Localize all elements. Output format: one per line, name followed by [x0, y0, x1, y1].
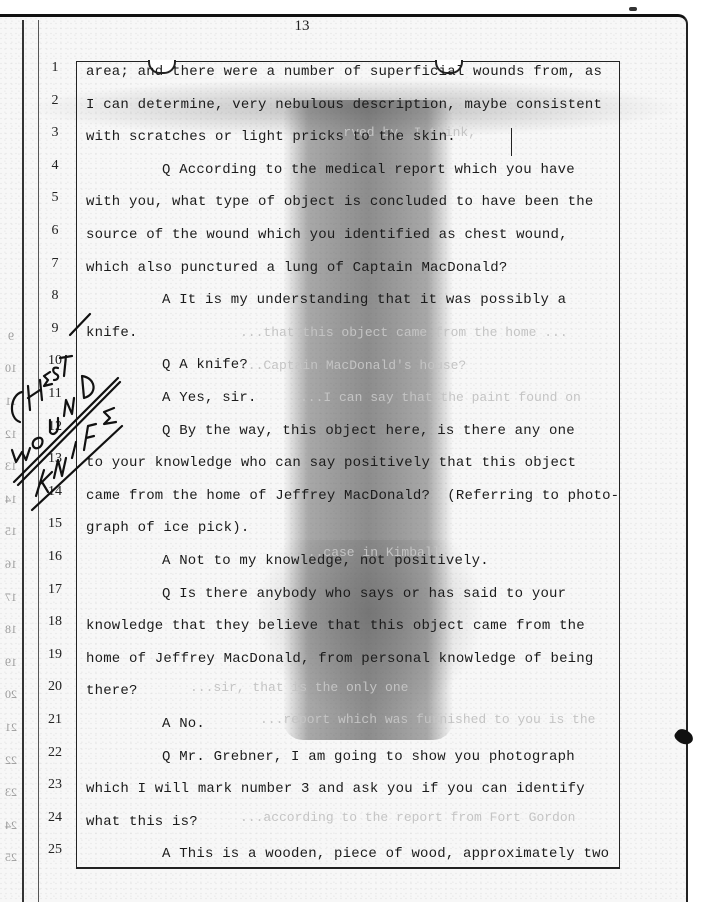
- transcript-line: Q A knife?: [162, 357, 248, 373]
- annotation-slash-lower: [32, 426, 122, 510]
- line-number: 23: [44, 777, 66, 793]
- letter-e: [44, 372, 52, 386]
- letter-n: [64, 398, 74, 416]
- transcript-line: Q According to the medical report which …: [162, 162, 575, 178]
- mirrored-line-number: 22: [2, 753, 20, 768]
- line-number: 22: [44, 745, 66, 761]
- transcript-line: there?: [86, 683, 138, 699]
- bleed-through-text: ...I can say that the paint found on: [300, 390, 581, 405]
- letter-s: [53, 368, 58, 380]
- line-number: 3: [44, 125, 66, 141]
- mirrored-line-number: 20: [2, 687, 20, 702]
- transcript-line: which also punctured a lung of Captain M…: [86, 260, 507, 276]
- letter-c: [12, 392, 22, 422]
- line-number: 2: [44, 93, 66, 109]
- transcript-line: Q Is there anybody who says or has said …: [162, 586, 566, 602]
- transcript-line: came from the home of Jeffrey MacDonald?…: [86, 488, 619, 504]
- transcript-line: A Yes, sir.: [162, 390, 257, 406]
- transcript-line: with you, what type of object is conclud…: [86, 194, 593, 210]
- letter-d: [82, 376, 94, 398]
- transcript-line: A No.: [162, 716, 205, 732]
- line-number: 24: [44, 810, 66, 826]
- transcript-line: Q By the way, this object here, is there…: [162, 423, 575, 439]
- line-number: 25: [44, 842, 66, 858]
- transcript-line: source of the wound which you identified…: [86, 227, 568, 243]
- letter-t: [60, 356, 72, 376]
- line-number: 5: [44, 190, 66, 206]
- line-number: 6: [44, 223, 66, 239]
- bleed-through-text: ...sir, that is the only one: [190, 680, 408, 695]
- transcript-line: knowledge that they believe that this ob…: [86, 618, 585, 634]
- letter-h: [28, 380, 42, 410]
- letter-u: [50, 418, 58, 434]
- mirrored-line-number: 24: [2, 818, 20, 833]
- line-number: 17: [44, 582, 66, 598]
- line-number: 7: [44, 256, 66, 272]
- line-number: 19: [44, 647, 66, 663]
- letter-i: [72, 442, 76, 458]
- transcript-line: with scratches or light pricks to the sk…: [86, 129, 456, 145]
- letter-e2: [104, 408, 116, 424]
- transcript-line: which I will mark number 3 and ask you i…: [86, 781, 585, 797]
- transcript-line: I can determine, very nebulous descripti…: [86, 97, 602, 113]
- transcript-line: A It is my understanding that it was pos…: [162, 292, 566, 308]
- handwritten-annotation: [0, 300, 140, 530]
- annotation-slash-upper: [70, 314, 90, 335]
- mirrored-line-number: 23: [2, 785, 20, 800]
- mirrored-line-number: 25: [2, 850, 20, 865]
- annotation-slash-main-2: [18, 382, 120, 485]
- mirrored-line-number: 17: [2, 590, 20, 605]
- mirrored-line-number: 21: [2, 720, 20, 735]
- transcript-line: to your knowledge who can say positively…: [86, 455, 576, 471]
- bleed-through-text: ...according to the report from Fort Gor…: [240, 810, 575, 825]
- line-number: 16: [44, 549, 66, 565]
- letter-f: [84, 424, 96, 450]
- line-number: 20: [44, 679, 66, 695]
- transcript-line: A Not to my knowledge, not positively.: [162, 553, 489, 569]
- mirrored-line-number: 18: [2, 622, 20, 637]
- transcript-line: A This is a wooden, piece of wood, appro…: [162, 846, 609, 862]
- bleed-through-text: ...Captain MacDonald's house?: [240, 358, 466, 373]
- mirrored-line-number: 16: [2, 557, 20, 572]
- pen-stroke-mark: [511, 128, 512, 156]
- bleed-through-text: ...that this object came from the home .…: [240, 325, 568, 340]
- mirrored-line-number: 19: [2, 655, 20, 670]
- letter-w: [12, 448, 30, 462]
- page-number: 13: [0, 18, 604, 35]
- transcript-line: area; and there were a number of superfi…: [86, 64, 602, 80]
- line-number: 4: [44, 158, 66, 174]
- line-number: 21: [44, 712, 66, 728]
- bleed-through-text: ...report which was furnished to you is …: [260, 712, 595, 727]
- transcript-line: what this is?: [86, 814, 198, 830]
- transcript-line: Q Mr. Grebner, I am going to show you ph…: [162, 749, 575, 765]
- line-number: 1: [44, 60, 66, 76]
- top-ink-mark: [629, 7, 637, 11]
- transcript-line: home of Jeffrey MacDonald, from personal…: [86, 651, 593, 667]
- letter-o: [33, 438, 43, 449]
- letter-n2: [54, 458, 66, 478]
- line-number: 18: [44, 614, 66, 630]
